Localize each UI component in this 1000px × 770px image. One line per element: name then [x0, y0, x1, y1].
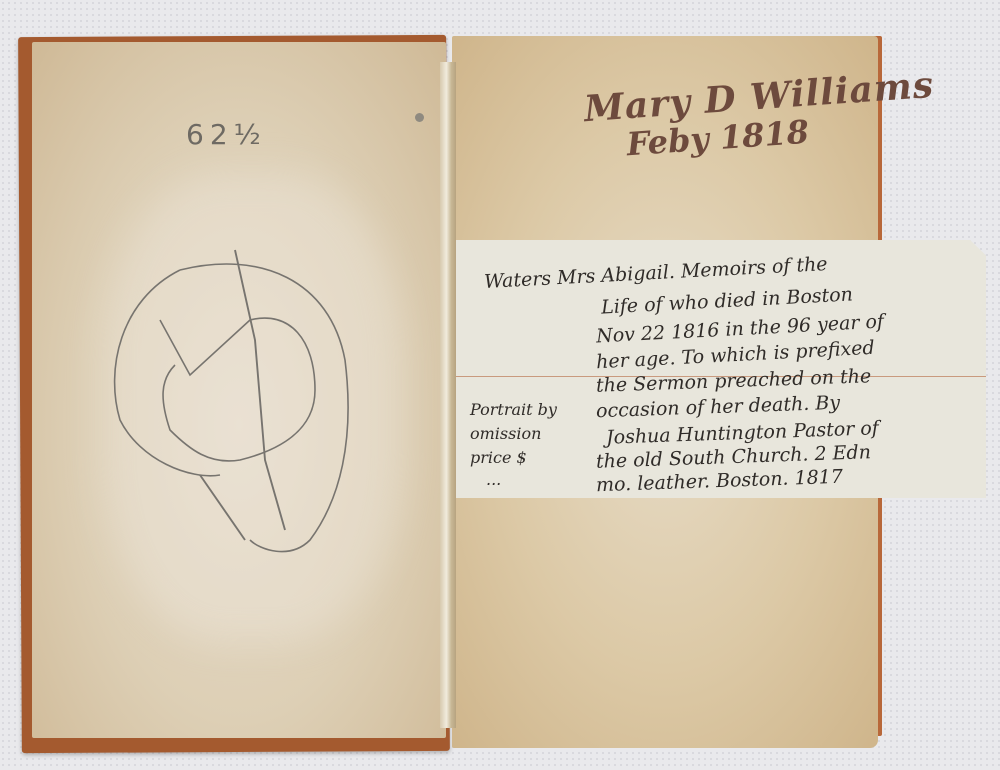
pencil-price: 62½	[186, 118, 267, 151]
slip-side-note: omission	[470, 424, 541, 443]
pencil-sketch	[100, 240, 360, 560]
worm-hole	[415, 113, 424, 122]
slip-line: occasion of her death. By	[596, 392, 841, 423]
catalog-slip: Waters Mrs Abigail. Memoirs of the Life …	[456, 240, 986, 498]
photo-scene: 62½ Mary D Williams Feby 1818 Waters Mrs…	[0, 0, 1000, 770]
slip-side-note: price $	[470, 448, 527, 467]
book-gutter	[440, 62, 456, 728]
slip-side-note: ...	[486, 470, 501, 489]
slip-side-note: Portrait by	[470, 400, 557, 419]
